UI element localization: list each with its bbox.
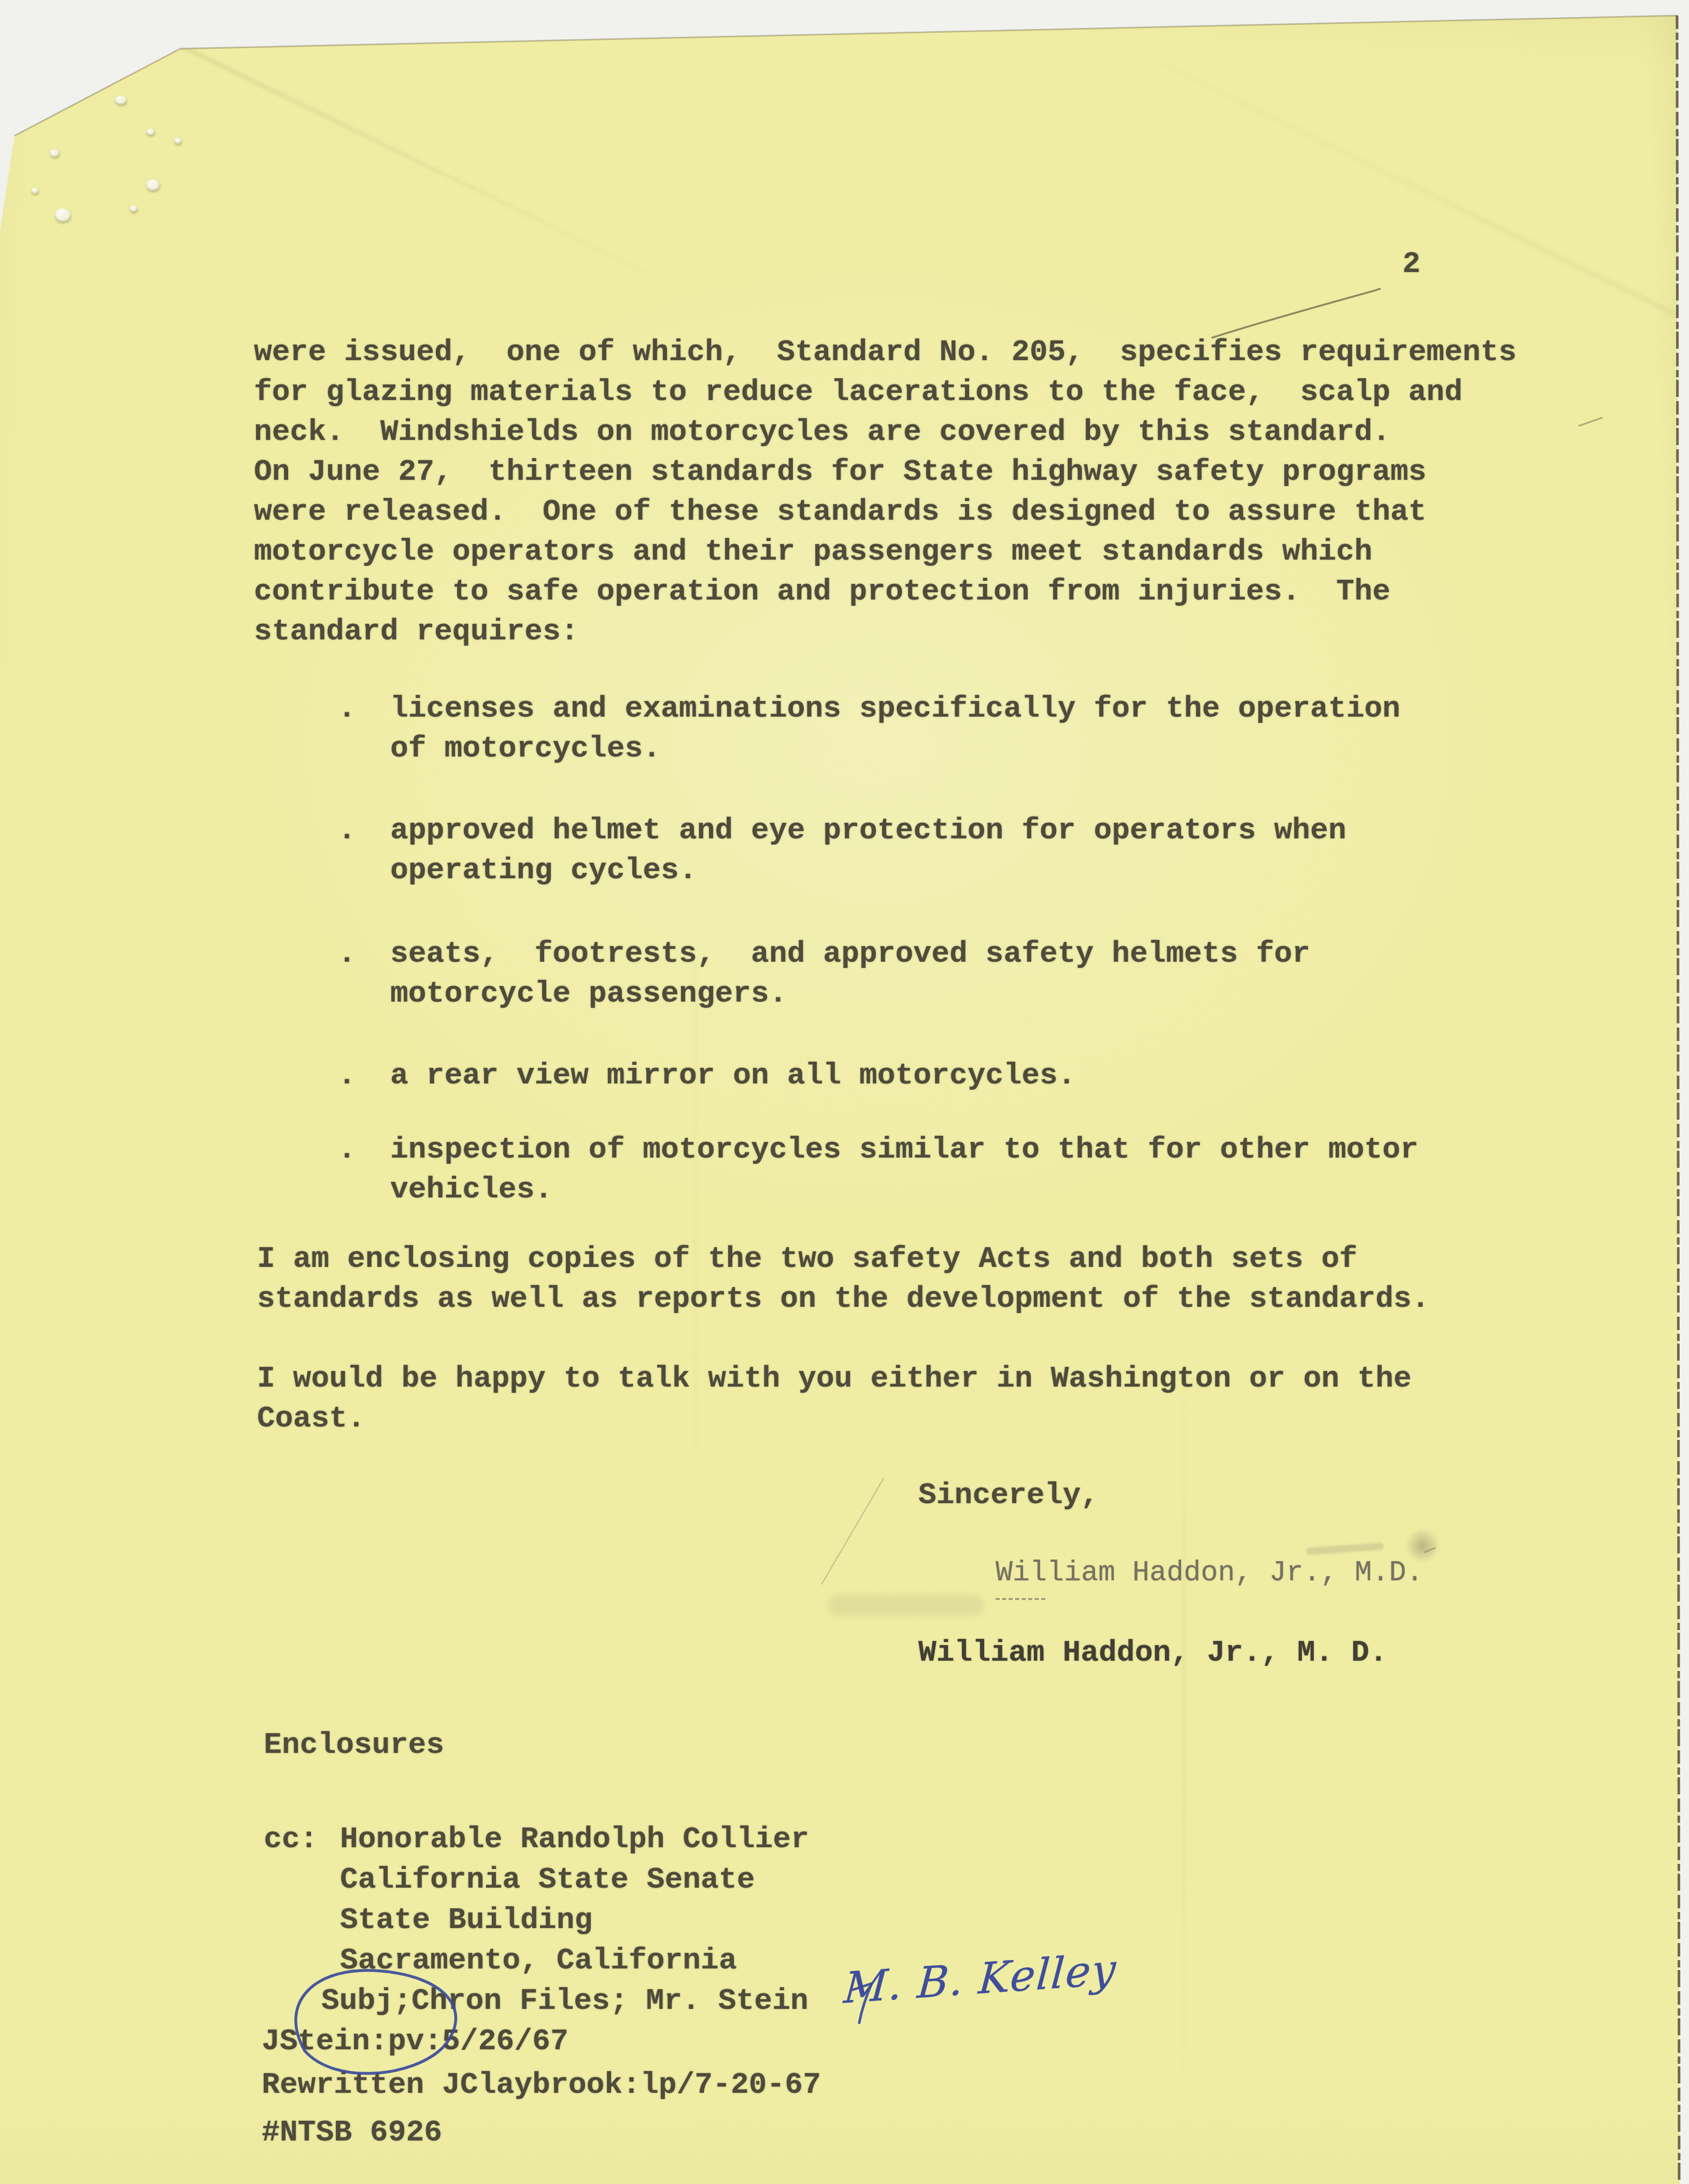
paper-crease bbox=[1183, 1326, 1185, 2184]
typed-signature-initial: W bbox=[996, 1557, 1013, 1589]
cc-label: cc: bbox=[264, 1820, 318, 1860]
paper-damage-spot bbox=[174, 138, 181, 144]
eraser-smudge bbox=[828, 1595, 984, 1616]
subject-routing-line: Subj;Chron Files; Mr. Stein bbox=[321, 1981, 808, 2021]
paper-damage-spot bbox=[50, 149, 59, 157]
bullet-dot: . bbox=[338, 811, 356, 851]
bullet-dot: . bbox=[338, 689, 356, 729]
handwritten-name-annotation: M. B. Kelley bbox=[842, 1945, 1118, 2013]
bullet-item-mirror: a rear view mirror on all motorcycles. bbox=[390, 1056, 1076, 1096]
typed-signature: William Haddon, Jr., M.D. bbox=[996, 1558, 1423, 1589]
closing-salutation: Sincerely, bbox=[918, 1476, 1099, 1516]
page-number: 2 bbox=[1402, 245, 1421, 284]
paper-sheet: 2 were issued, one of which, Standard No… bbox=[0, 0, 1689, 2184]
bullet-item-seats: seats, footrests, and approved safety he… bbox=[390, 934, 1310, 1014]
typist-reference-line: JStein:pv:5/26/67 bbox=[262, 2022, 569, 2062]
paper-damage-spot bbox=[55, 208, 70, 222]
enclosures-note: Enclosures bbox=[264, 1725, 444, 1765]
bullet-dot: . bbox=[338, 1130, 356, 1170]
signature-underline bbox=[996, 1598, 1045, 1600]
bullet-item-helmet: approved helmet and eye protection for o… bbox=[390, 811, 1346, 891]
paper-damage-spot bbox=[146, 129, 154, 135]
ntsb-file-number: #NTSB 6926 bbox=[262, 2113, 442, 2153]
ink-smudge bbox=[1306, 1543, 1384, 1555]
letter-paragraph-3: I would be happy to talk with you either… bbox=[257, 1359, 1412, 1439]
bullet-dot: . bbox=[338, 934, 356, 974]
paper-crease bbox=[1076, 21, 1689, 324]
letter-paragraph-2: I am enclosing copies of the two safety … bbox=[257, 1239, 1429, 1319]
paper-damage-spot bbox=[115, 95, 126, 105]
signature-name: William Haddon, Jr., M. D. bbox=[918, 1633, 1387, 1673]
paper-damage-spot bbox=[31, 188, 38, 194]
paper-crease bbox=[153, 31, 691, 296]
paper-damage-spot bbox=[146, 179, 160, 191]
bullet-item-licenses: licenses and examinations specifically f… bbox=[390, 689, 1400, 769]
paper-damage-spot bbox=[130, 205, 137, 212]
rewritten-reference-line: Rewritten JClaybrook:lp/7-20-67 bbox=[262, 2065, 821, 2105]
letter-paragraph-1: were issued, one of which, Standard No. … bbox=[254, 333, 1516, 652]
typed-signature-rest: illiam Haddon, Jr., M.D. bbox=[1013, 1557, 1423, 1589]
bullet-dot: . bbox=[338, 1056, 356, 1096]
scanned-letter-page: { "page": { "number": "2" }, "colors": {… bbox=[0, 0, 1689, 2184]
cc-address: Honorable Randolph Collier California St… bbox=[340, 1820, 809, 1981]
bullet-item-inspection: inspection of motorcycles similar to tha… bbox=[390, 1130, 1418, 1210]
